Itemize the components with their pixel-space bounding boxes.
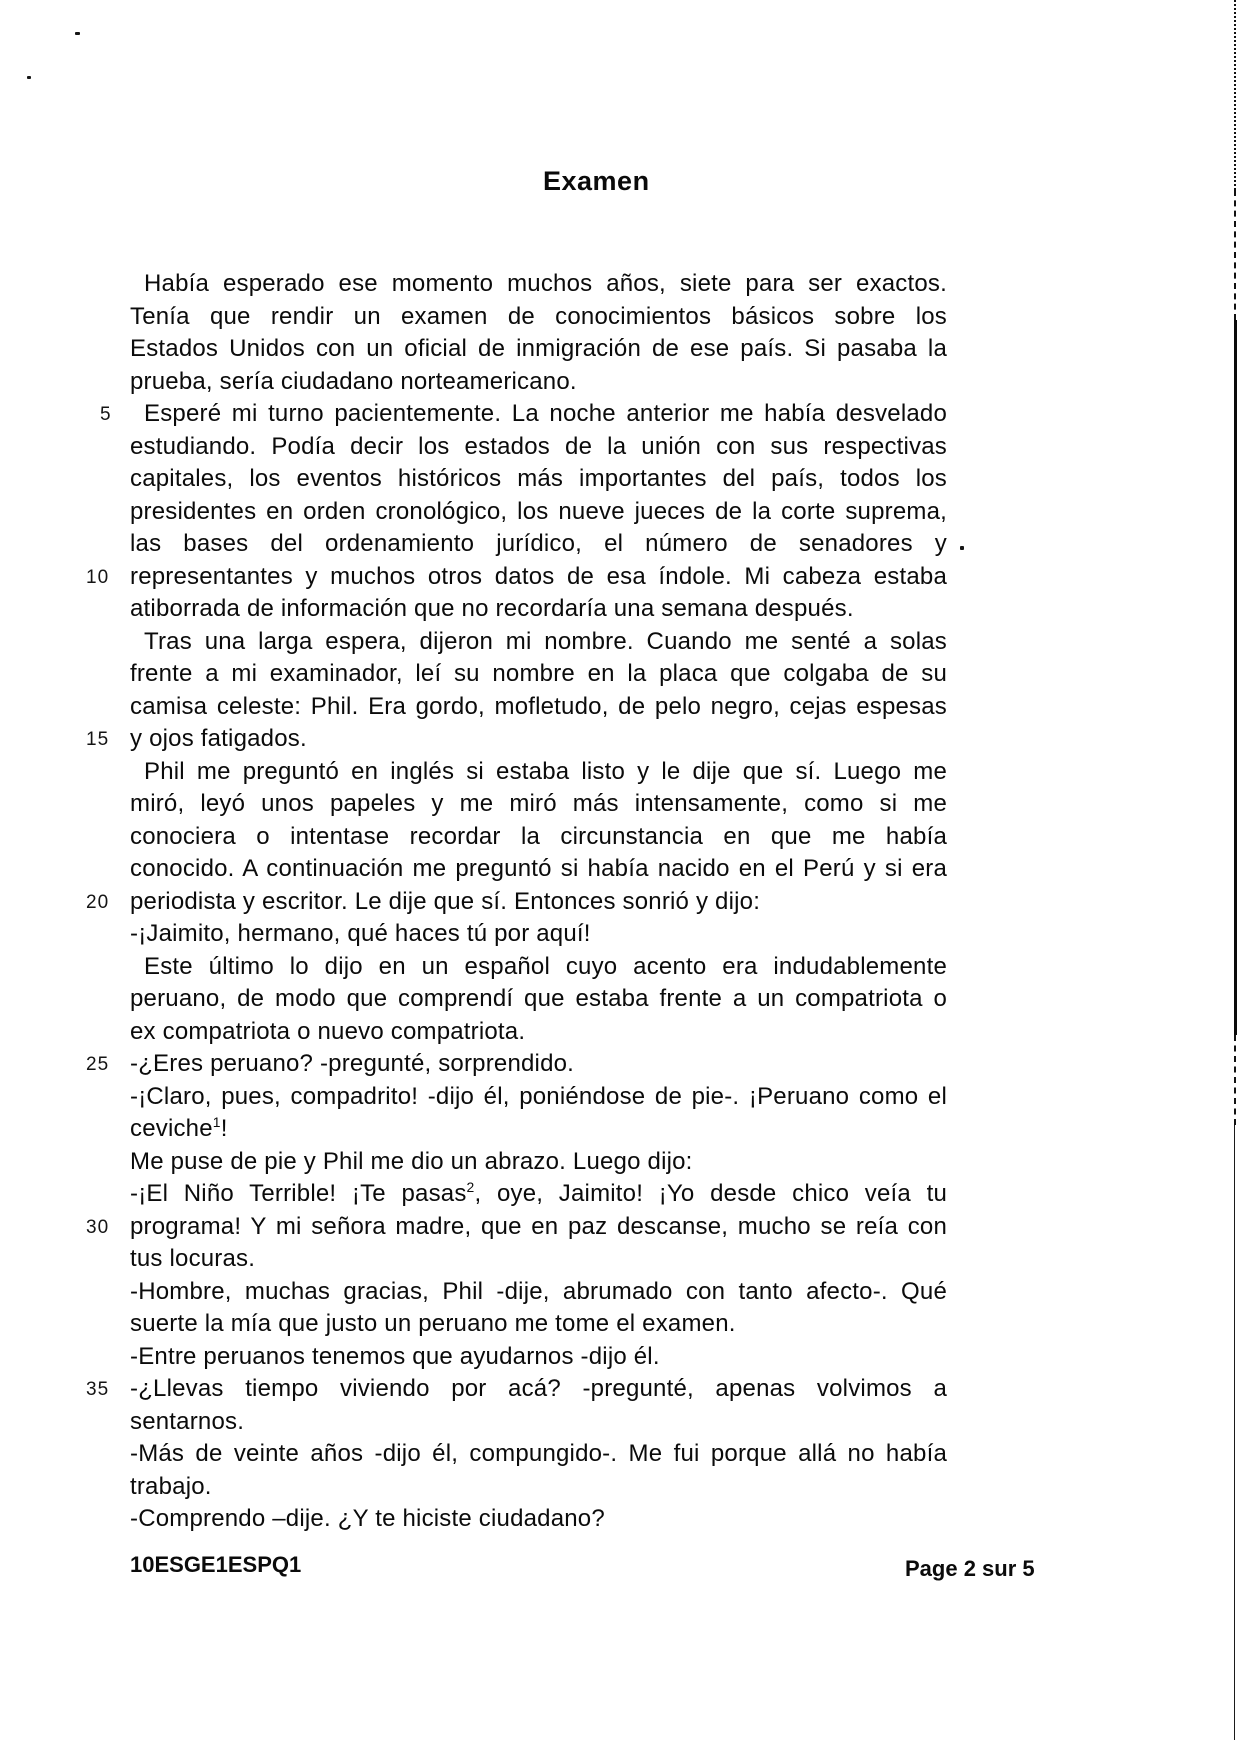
text-line: suerte la mía que justo un peruano me to… [130,1308,947,1341]
text-line: camisa celeste: Phil. Era gordo, mofletu… [130,691,947,724]
text-line: Tras una larga espera, dijeron mi nombre… [130,626,947,659]
scan-speck [960,546,964,550]
text-line: ex compatriota o nuevo compatriota. [130,1016,947,1049]
text-line: -Entre peruanos tenemos que ayudarnos -d… [130,1341,947,1374]
text-line: -Hombre, muchas gracias, Phil -dije, abr… [130,1276,947,1309]
text-line: -¡Jaimito, hermano, qué haces tú por aqu… [130,918,947,951]
text-line: Tenía que rendir un examen de conocimien… [130,301,947,334]
text-line: -Comprendo –dije. ¿Y te hiciste ciudadan… [130,1503,947,1536]
text-line: capitales, los eventos históricos más im… [130,463,947,496]
text-line: ceviche1! [130,1113,947,1146]
line-number: 25 [86,1049,118,1082]
page-title: Examen [543,166,650,197]
text-line: conociera o intentase recordar la circun… [130,821,947,854]
text-line: miró, leyó unos papeles y me miró más in… [130,788,947,821]
footnote-reference: 1 [213,1114,221,1130]
text-line: prueba, sería ciudadano norteamericano. [130,366,947,399]
scanned-exam-page: Examen Había esperado ese momento muchos… [0,0,1248,1753]
scan-edge-line [1234,1035,1236,1125]
text-line: estudiando. Podía decir los estados de l… [130,431,947,464]
line-number: 30 [86,1212,118,1245]
scan-edge-line [1234,320,1237,1035]
text-line: Había esperado ese momento muchos años, … [130,268,947,301]
scan-edge-line [1234,190,1236,320]
text-line: Phil me preguntó en inglés si estaba lis… [130,756,947,789]
scan-edge-line [1234,0,1236,190]
text-line: 15y ojos fatigados. [130,723,947,756]
line-number: 15 [86,724,118,757]
text-line: -¡Claro, pues, compadrito! -dijo él, pon… [130,1081,947,1114]
line-number: 10 [86,562,118,595]
text-line: Me puse de pie y Phil me dio un abrazo. … [130,1146,947,1179]
line-number: 20 [86,887,118,920]
text-line: atiborrada de información que no recorda… [130,593,947,626]
text-line: -Más de veinte años -dijo él, compungido… [130,1438,947,1471]
text-line: Este último lo dijo en un español cuyo a… [130,951,947,984]
text-line: sentarnos. [130,1406,947,1439]
footer-page-number: Page 2 sur 5 [905,1556,1035,1582]
text-line: tus locuras. [130,1243,947,1276]
text-line: 10representantes y muchos otros datos de… [130,561,947,594]
line-number: 35 [86,1374,118,1407]
text-line: 20periodista y escritor. Le dije que sí.… [130,886,947,919]
footer-document-code: 10ESGE1ESPQ1 [130,1552,301,1578]
text-line: conocido. A continuación me preguntó si … [130,853,947,886]
scan-edge-line [1234,1125,1235,1740]
scan-speck [27,76,31,79]
text-line: -¡El Niño Terrible! ¡Te pasas2, oye, Jai… [130,1178,947,1211]
text-line: Estados Unidos con un oficial de inmigra… [130,333,947,366]
line-number: 5 [86,399,118,432]
text-line: presidentes en orden cronológico, los nu… [130,496,947,529]
scan-speck [75,32,80,35]
text-line: 30programa! Y mi señora madre, que en pa… [130,1211,947,1244]
text-line: 35-¿Llevas tiempo viviendo por acá? -pre… [130,1373,947,1406]
text-line: trabajo. [130,1471,947,1504]
text-line: frente a mi examinador, leí su nombre en… [130,658,947,691]
text-line: las bases del ordenamiento jurídico, el … [130,528,947,561]
text-body: Había esperado ese momento muchos años, … [130,268,947,1536]
text-line: 5Esperé mi turno pacientemente. La noche… [130,398,947,431]
text-line: peruano, de modo que comprendí que estab… [130,983,947,1016]
text-line: 25-¿Eres peruano? -pregunté, sorprendido… [130,1048,947,1081]
footnote-reference: 2 [467,1179,475,1195]
